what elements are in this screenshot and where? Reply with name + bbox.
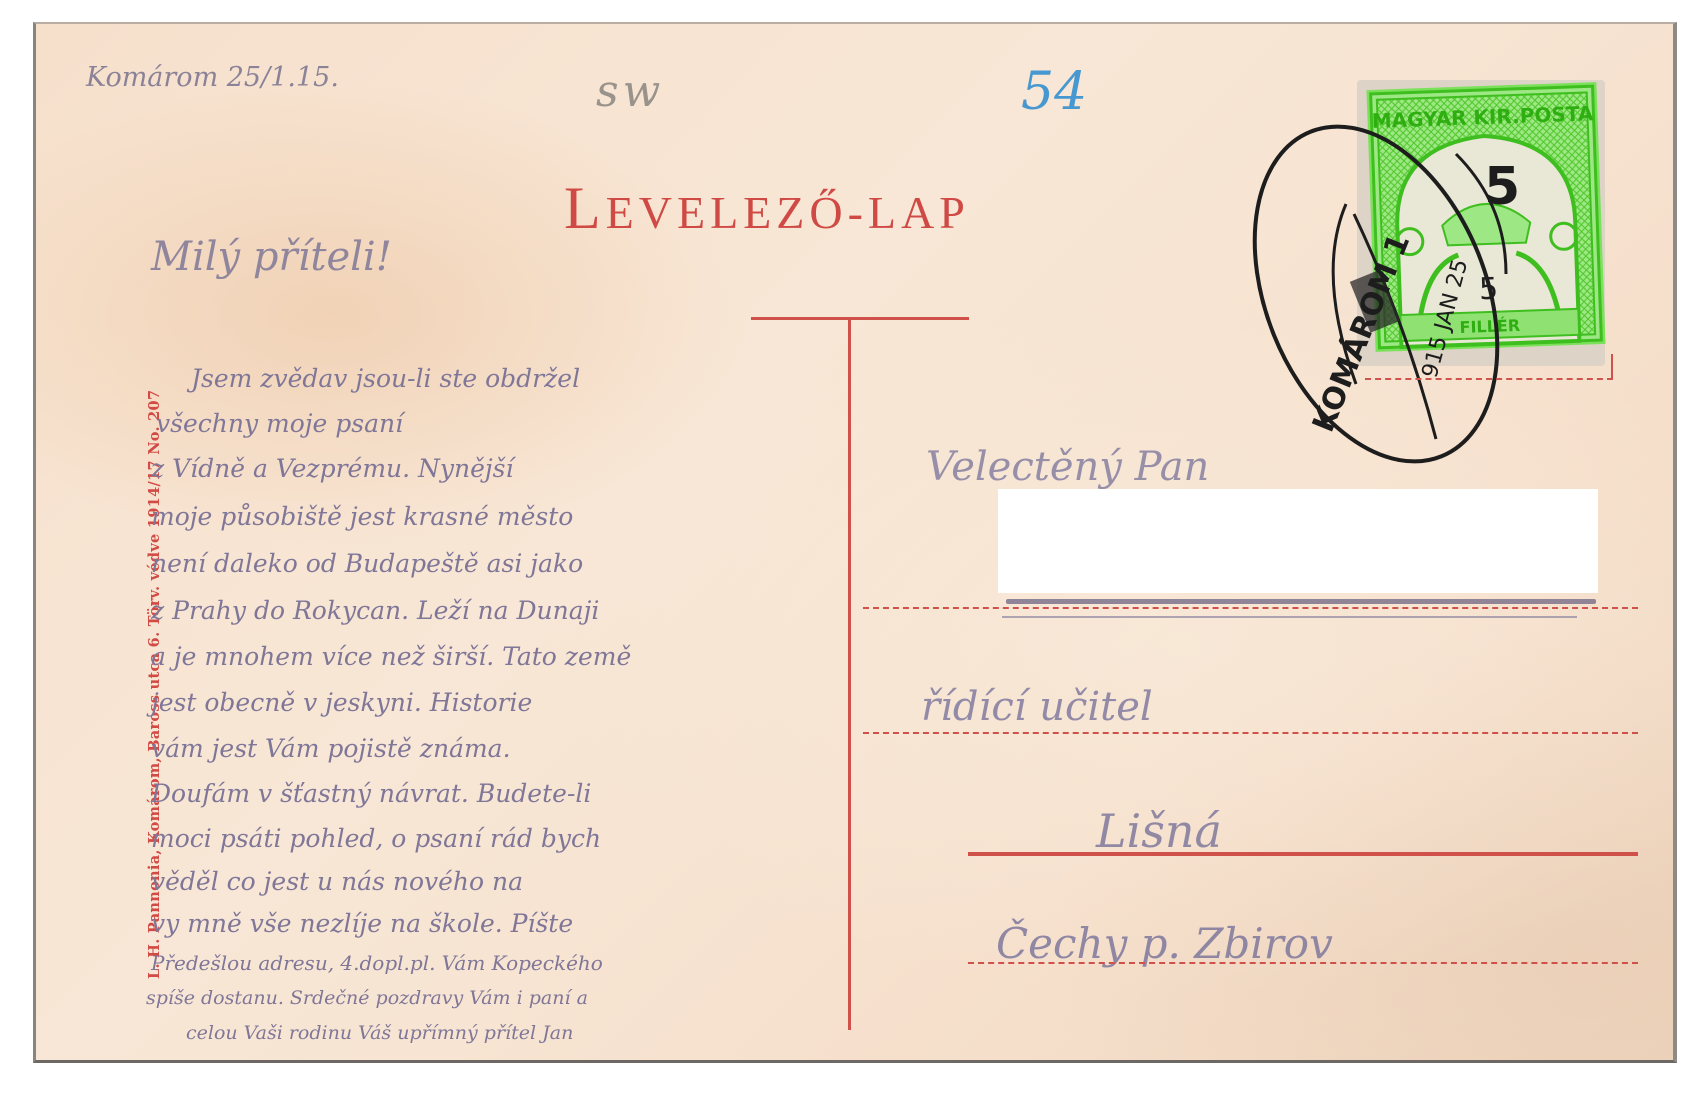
address-line-1 xyxy=(863,607,1638,609)
name-strikethrough xyxy=(1006,599,1596,604)
stamp-bracket-side xyxy=(1611,354,1613,379)
message-line: Jsem zvědav jsou-li ste obdržel xyxy=(191,364,580,393)
pencil-archive-mark: SW xyxy=(596,66,664,117)
message-line: celou Vaši rodinu Váš upřímný přítel Jan xyxy=(186,1022,573,1044)
name-underline xyxy=(1002,616,1577,618)
dateline: Komárom 25/1.15. xyxy=(86,62,339,93)
blue-archive-number: 54 xyxy=(1021,62,1087,122)
message-line: věděl co jest u nás nového na xyxy=(151,867,523,896)
address-line-2 xyxy=(863,732,1638,734)
message-body: Jsem zvědav jsou-li ste obdržel všechny … xyxy=(151,374,891,1074)
address-salutation: Velectěný Pan xyxy=(926,444,1209,490)
card-title-initial: L xyxy=(564,175,606,241)
card-title-rest: EVELEZŐ-LAP xyxy=(606,187,970,238)
message-line: moje působiště jest krasné město xyxy=(151,502,573,531)
message-line: všechny moje psaní xyxy=(156,409,403,438)
svg-text:915 JAN 25: 915 JAN 25 xyxy=(1418,257,1474,381)
address-occupation: řídící učitel xyxy=(921,684,1153,730)
message-line: z Vídně a Vezprému. Nynější xyxy=(151,454,514,483)
message-line: Předešlou adresu, 4.dopl.pl. Vám Kopecké… xyxy=(151,951,603,975)
address-line-3-solid xyxy=(968,852,1638,856)
redaction-box xyxy=(998,489,1598,593)
message-line: vám jest Vám pojistě známa. xyxy=(151,734,511,763)
message-greeting: Milý příteli! xyxy=(151,234,392,280)
message-line: jest obecně v jeskyni. Historie xyxy=(151,688,532,717)
address-region: Čechy p. Zbirov xyxy=(996,919,1333,968)
address-town: Lišná xyxy=(1096,804,1222,858)
message-line: vy mně vše nezlíje na škole. Píšte xyxy=(151,909,573,938)
divider-vertical xyxy=(848,317,851,1030)
message-line: není daleko od Budapeště asi jako xyxy=(151,549,583,578)
postmark-icon: KOMÁROM 1 915 JAN 25 5 xyxy=(1206,84,1566,504)
message-line: a je mnohem více než širší. Tato země xyxy=(151,642,631,671)
message-line: moci psáti pohled, o psaní rád bych xyxy=(151,824,601,853)
message-line: z Prahy do Rokycan. Leží na Dunaji xyxy=(151,596,599,625)
address-line-4 xyxy=(968,962,1638,964)
message-line: spíše dostanu. Srdečné pozdravy Vám i pa… xyxy=(146,987,588,1009)
postmark-cancel: KOMÁROM 1 915 JAN 25 5 xyxy=(1206,84,1526,504)
postcard-back: SW 54 Komárom 25/1.15. LEVELEZŐ-LAP L. H… xyxy=(33,22,1677,1063)
divider-top-bar xyxy=(751,317,969,320)
message-line: Doufám v šťastný návrat. Budete-li xyxy=(151,779,591,808)
stamp-placement-bracket xyxy=(1365,378,1613,380)
svg-text:KOMÁROM 1: KOMÁROM 1 xyxy=(1305,229,1417,437)
card-title: LEVELEZŐ-LAP xyxy=(564,174,970,243)
svg-text:5: 5 xyxy=(1484,157,1520,217)
